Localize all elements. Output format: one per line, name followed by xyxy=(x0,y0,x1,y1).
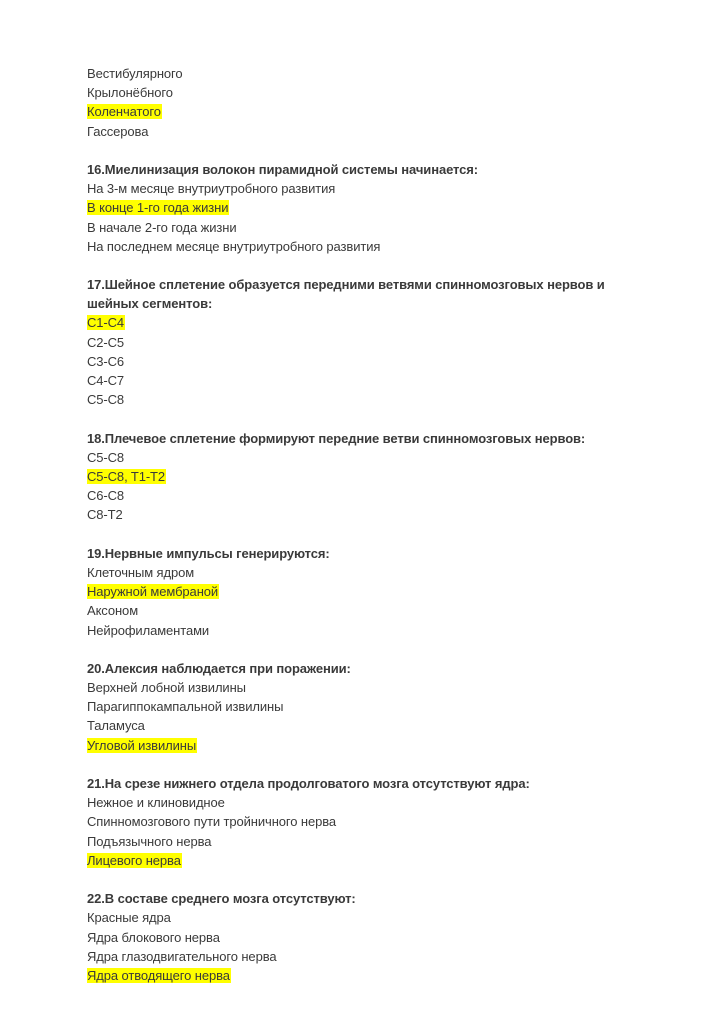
answer-text: C6-C8 xyxy=(87,488,124,503)
answer-option-correct: Коленчатого xyxy=(87,102,647,121)
answer-option-correct: Наружной мембраной xyxy=(87,582,647,601)
question-18: 18.Плечевое сплетение формируют передние… xyxy=(87,429,647,525)
answer-text: Парагиппокампальной извилины xyxy=(87,699,283,714)
answer-option: Подъязычного нерва xyxy=(87,832,647,851)
answer-option: C5-C8 xyxy=(87,390,647,409)
answer-option-correct: В конце 1-го года жизни xyxy=(87,198,647,217)
answer-text: Клеточным ядром xyxy=(87,565,194,580)
answer-text: Ядра блокового нерва xyxy=(87,930,220,945)
answer-text: C8-T2 xyxy=(87,507,123,522)
answer-text: Нейрофиламентами xyxy=(87,623,209,638)
answer-text: Ядра отводящего нерва xyxy=(87,968,231,983)
answer-option: C6-C8 xyxy=(87,486,647,505)
answer-text: Вестибулярного xyxy=(87,66,183,81)
question-21: 21.На срезе нижнего отдела продолговатог… xyxy=(87,774,647,870)
answer-text: Таламуса xyxy=(87,718,145,733)
answer-option: Гассерова xyxy=(87,122,647,141)
answer-text: Коленчатого xyxy=(87,104,162,119)
answer-option: Клеточным ядром xyxy=(87,563,647,582)
answer-option: На 3-м месяце внутриутробного развития xyxy=(87,179,647,198)
question-16: 16.Миелинизация волокон пирамидной систе… xyxy=(87,160,647,256)
answer-text: На последнем месяце внутриутробного разв… xyxy=(87,239,380,254)
answer-text: Угловой извилины xyxy=(87,738,197,753)
answer-option: Ядра блокового нерва xyxy=(87,928,647,947)
answer-text: Аксоном xyxy=(87,603,138,618)
answer-option-correct: Угловой извилины xyxy=(87,736,647,755)
answer-option: Верхней лобной извилины xyxy=(87,678,647,697)
answer-text: Наружной мембраной xyxy=(87,584,219,599)
answer-text: C5-C8 xyxy=(87,392,124,407)
answer-text: На 3-м месяце внутриутробного развития xyxy=(87,181,335,196)
answer-text: Ядра глазодвигательного нерва xyxy=(87,949,277,964)
answer-text: Гассерова xyxy=(87,124,148,139)
answer-text: C2-C5 xyxy=(87,335,124,350)
answer-text: C3-C6 xyxy=(87,354,124,369)
answer-text: C4-C7 xyxy=(87,373,124,388)
question-title: 21.На срезе нижнего отдела продолговатог… xyxy=(87,774,647,793)
answer-option: Спинномозгового пути тройничного нерва xyxy=(87,812,647,831)
answer-option: В начале 2-го года жизни xyxy=(87,218,647,237)
answer-option: C4-C7 xyxy=(87,371,647,390)
answer-option: На последнем месяце внутриутробного разв… xyxy=(87,237,647,256)
question-title: 17.Шейное сплетение образуется передними… xyxy=(87,275,647,313)
question-title: 18.Плечевое сплетение формируют передние… xyxy=(87,429,647,448)
answer-text: C1-C4 xyxy=(87,315,125,330)
answer-text: Верхней лобной извилины xyxy=(87,680,246,695)
answer-option: Крылонёбного xyxy=(87,83,647,102)
answer-option: C8-T2 xyxy=(87,505,647,524)
answer-option-correct: C5-C8, T1-T2 xyxy=(87,467,647,486)
question-title: 16.Миелинизация волокон пирамидной систе… xyxy=(87,160,647,179)
answer-option: C5-C8 xyxy=(87,448,647,467)
answer-text: C5-C8, T1-T2 xyxy=(87,469,166,484)
answer-option: C3-C6 xyxy=(87,352,647,371)
answer-option: Красные ядра xyxy=(87,908,647,927)
answer-option: Аксоном xyxy=(87,601,647,620)
answer-option: C2-C5 xyxy=(87,333,647,352)
question-22: 22.В составе среднего мозга отсутствуют:… xyxy=(87,889,647,985)
answer-option: Ядра глазодвигательного нерва xyxy=(87,947,647,966)
question-20: 20.Алексия наблюдается при поражении: Ве… xyxy=(87,659,647,755)
answer-option: Нежное и клиновидное xyxy=(87,793,647,812)
answer-option-correct: C1-C4 xyxy=(87,313,647,332)
question-17: 17.Шейное сплетение образуется передними… xyxy=(87,275,647,409)
answer-option: Таламуса xyxy=(87,716,647,735)
answer-text: В конце 1-го года жизни xyxy=(87,200,229,215)
answer-text: Нежное и клиновидное xyxy=(87,795,225,810)
answer-option: Вестибулярного xyxy=(87,64,647,83)
answer-text: C5-C8 xyxy=(87,450,124,465)
question-title: 22.В составе среднего мозга отсутствуют: xyxy=(87,889,647,908)
answer-text: Крылонёбного xyxy=(87,85,173,100)
intro-options: Вестибулярного Крылонёбного Коленчатого … xyxy=(87,64,647,141)
answer-text: Спинномозгового пути тройничного нерва xyxy=(87,814,336,829)
answer-text: Красные ядра xyxy=(87,910,171,925)
answer-text: Лицевого нерва xyxy=(87,853,182,868)
answer-option: Парагиппокампальной извилины xyxy=(87,697,647,716)
answer-option: Нейрофиламентами xyxy=(87,621,647,640)
answer-text: В начале 2-го года жизни xyxy=(87,220,236,235)
document-page: Вестибулярного Крылонёбного Коленчатого … xyxy=(87,64,647,985)
answer-option-correct: Лицевого нерва xyxy=(87,851,647,870)
answer-option-correct: Ядра отводящего нерва xyxy=(87,966,647,985)
question-title: 20.Алексия наблюдается при поражении: xyxy=(87,659,647,678)
answer-text: Подъязычного нерва xyxy=(87,834,211,849)
question-19: 19.Нервные импульсы генерируются: Клеточ… xyxy=(87,544,647,640)
question-title: 19.Нервные импульсы генерируются: xyxy=(87,544,647,563)
